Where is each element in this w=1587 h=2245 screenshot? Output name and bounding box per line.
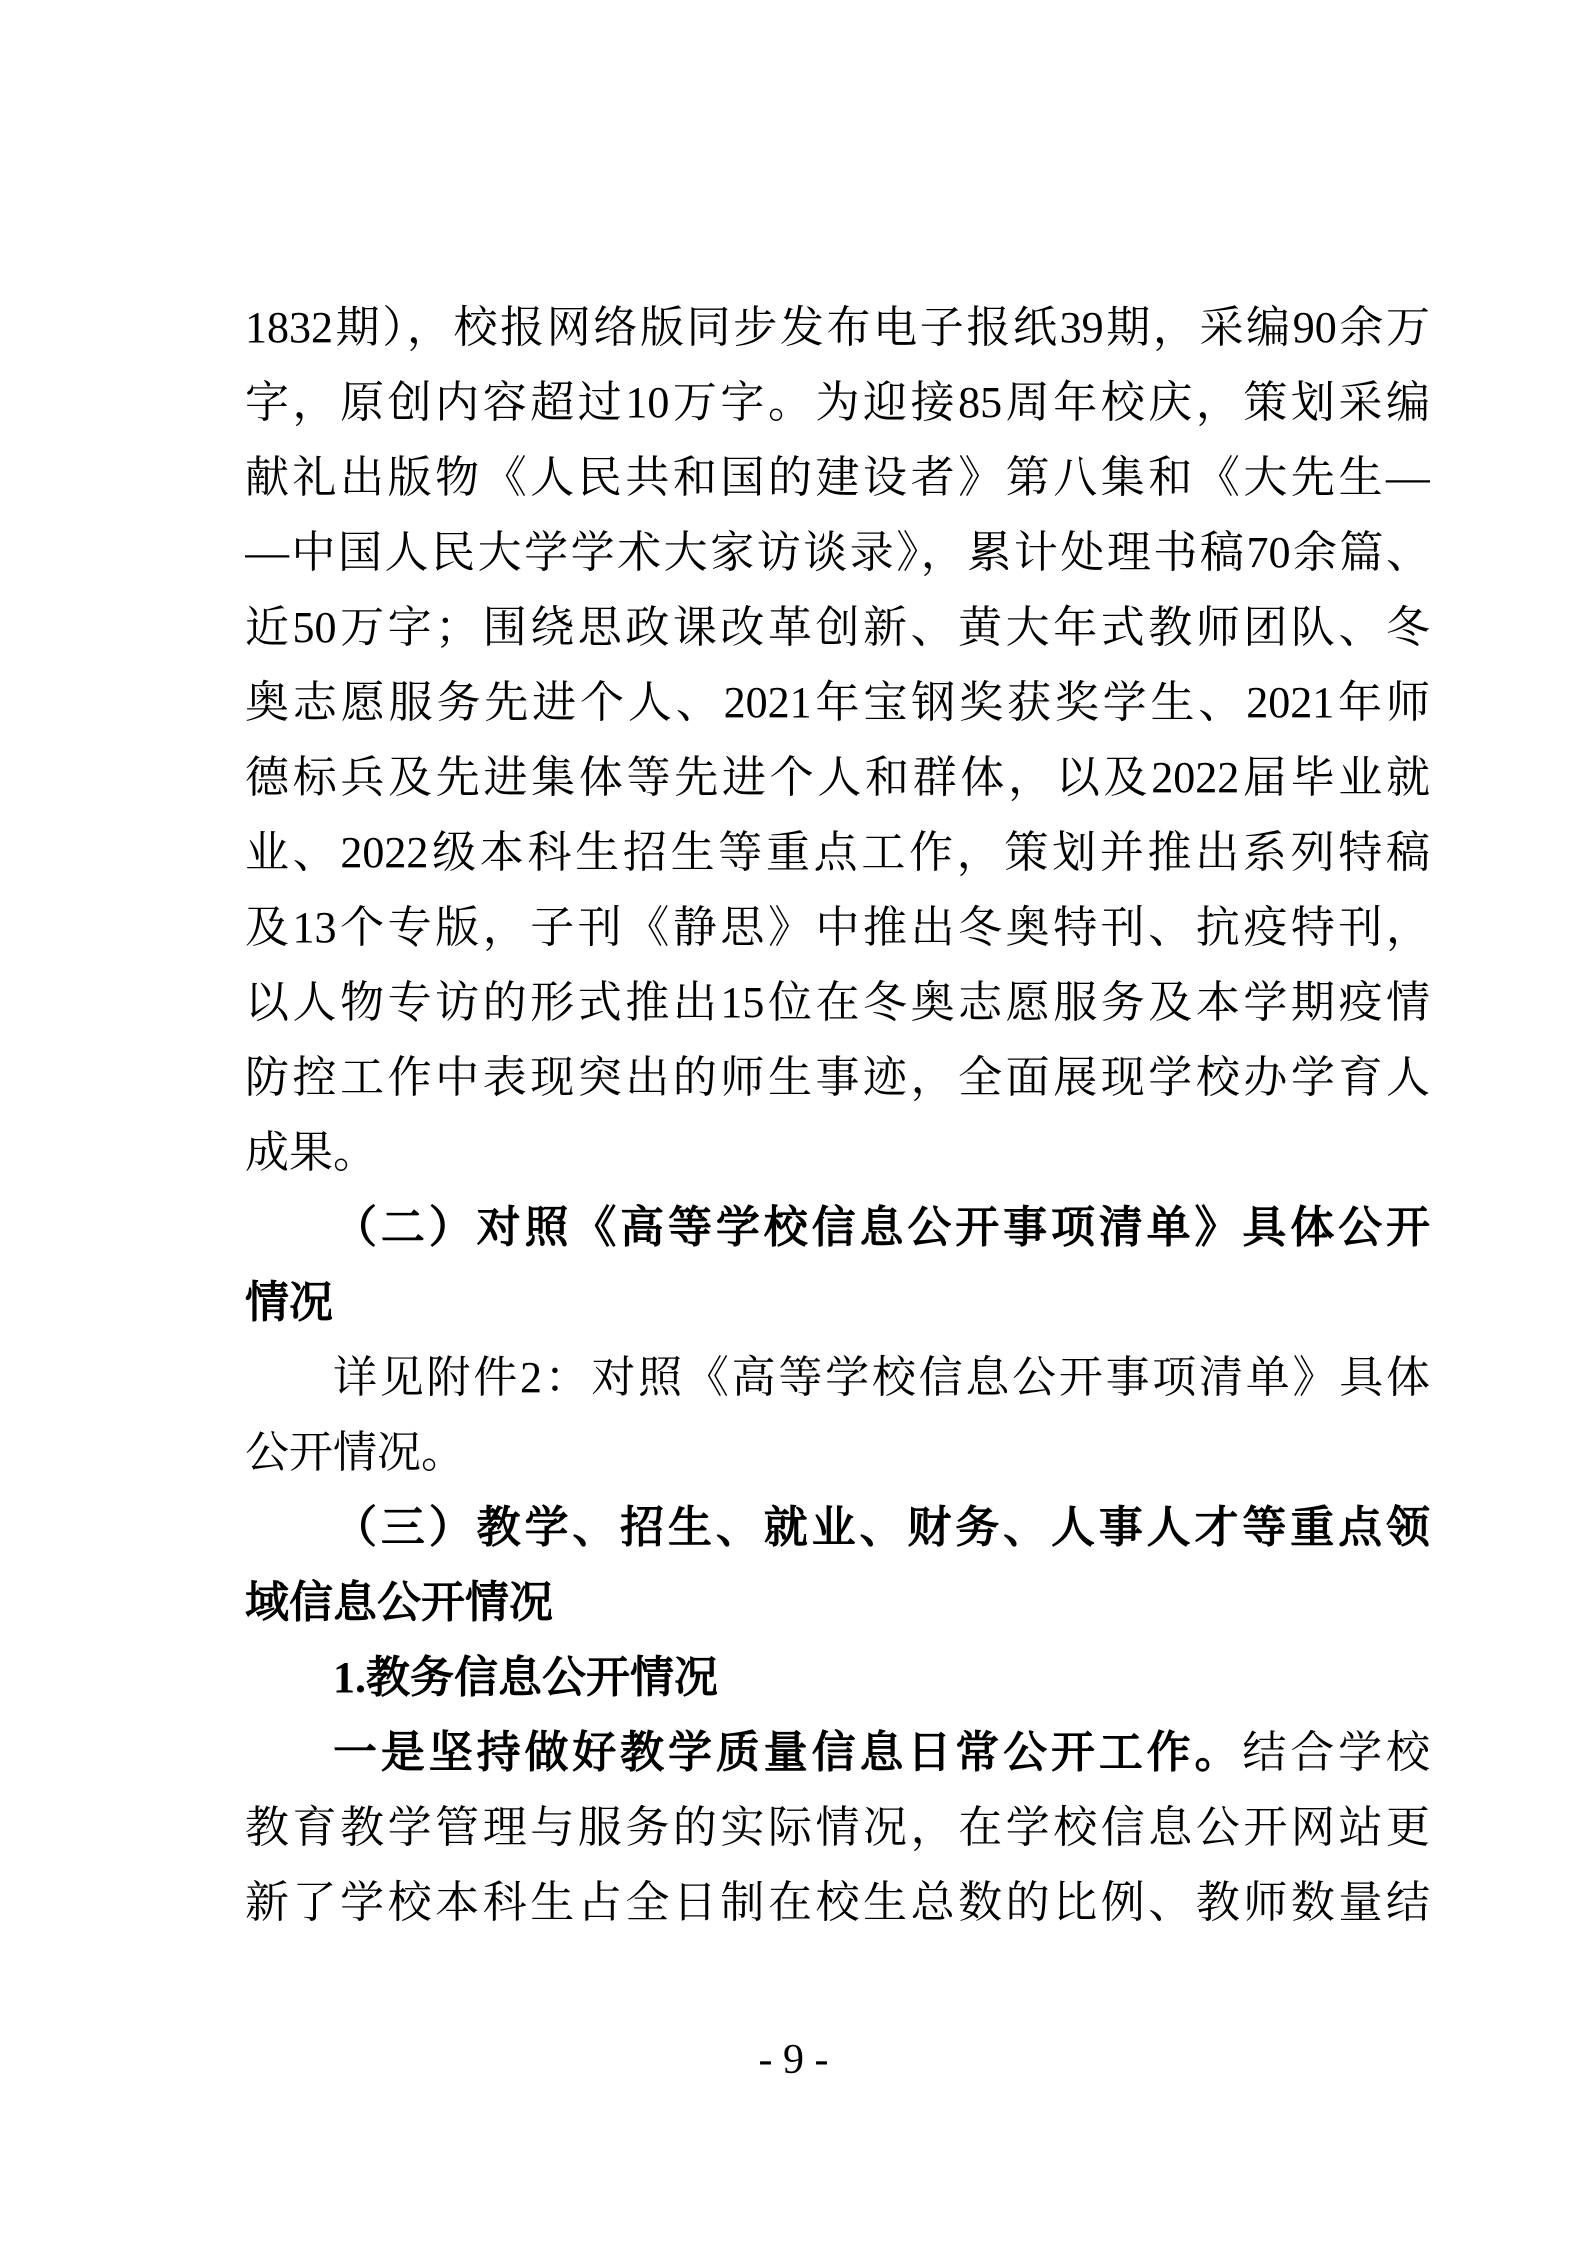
heading-line: 1.教务信息公开情况 xyxy=(245,1640,1430,1715)
heading-line: （二）对照《高等学校信息公开事项清单》具体公开 xyxy=(245,1190,1430,1265)
text-line: 成果。 xyxy=(245,1115,1430,1190)
heading-line: 域信息公开情况 xyxy=(245,1565,1430,1640)
heading-line: （三）教学、招生、就业、财务、人事人才等重点领 xyxy=(245,1490,1430,1565)
heading-line: 情况 xyxy=(245,1265,1430,1340)
text-line: 防控工作中表现突出的师生事迹，全面展现学校办学育人 xyxy=(245,1040,1430,1115)
text-line: 字，原创内容超过10万字。为迎接85周年校庆，策划采编 xyxy=(245,365,1430,440)
lead-sentence-bold: 一是坚持做好教学质量信息日常公开工作。 xyxy=(333,1728,1242,1777)
page-number: - 9 - xyxy=(0,2036,1587,2084)
text-line: 公开情况。 xyxy=(245,1415,1430,1490)
text-line: 奥志愿服务先进个人、2021年宝钢奖获奖学生、2021年师 xyxy=(245,665,1430,740)
text-line: 新了学校本科生占全日制在校生总数的比例、教师数量结 xyxy=(245,1865,1430,1940)
text-line: 教育教学管理与服务的实际情况，在学校信息公开网站更 xyxy=(245,1790,1430,1865)
text-line: 业、2022级本科生招生等重点工作，策划并推出系列特稿 xyxy=(245,815,1430,890)
text-line: —中国人民大学学术大家访谈录》，累计处理书稿70余篇、 xyxy=(245,515,1430,590)
text-line: 一是坚持做好教学质量信息日常公开工作。结合学校 xyxy=(245,1715,1430,1790)
sentence-normal: 结合学校 xyxy=(1242,1728,1430,1777)
text-line: 及13个专版，子刊《静思》中推出冬奥特刊、抗疫特刊， xyxy=(245,890,1430,965)
text-line: 献礼出版物《人民共和国的建设者》第八集和《大先生— xyxy=(245,440,1430,515)
document-page: 1832期），校报网络版同步发布电子报纸39期，采编90余万 字，原创内容超过1… xyxy=(0,0,1587,2245)
text-line: 以人物专访的形式推出15位在冬奥志愿服务及本学期疫情 xyxy=(245,965,1430,1040)
text-line: 德标兵及先进集体等先进个人和群体，以及2022届毕业就 xyxy=(245,740,1430,815)
text-line: 详见附件2：对照《高等学校信息公开事项清单》具体 xyxy=(245,1340,1430,1415)
document-body: 1832期），校报网络版同步发布电子报纸39期，采编90余万 字，原创内容超过1… xyxy=(245,290,1430,1940)
text-line: 1832期），校报网络版同步发布电子报纸39期，采编90余万 xyxy=(245,290,1430,365)
text-line: 近50万字；围绕思政课改革创新、黄大年式教师团队、冬 xyxy=(245,590,1430,665)
